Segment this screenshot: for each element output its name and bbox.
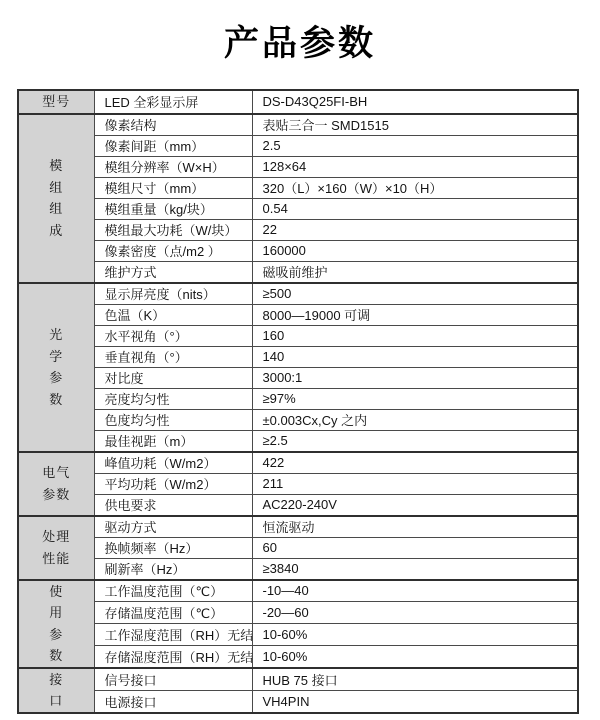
table-row: 垂直视角（°）140 <box>18 346 578 367</box>
group-label-cell: 型号 <box>18 90 94 114</box>
param-value-cell: 60 <box>252 537 578 558</box>
param-value-cell: -20—60 <box>252 602 578 624</box>
table-row: 工作湿度范围（RH）无结露10-60% <box>18 623 578 645</box>
param-value-cell: 磁吸前维护 <box>252 261 578 283</box>
param-value-cell: 8000—19000 可调 <box>252 304 578 325</box>
group-label-line: 参 <box>19 624 94 646</box>
param-name-cell: 像素间距（mm） <box>94 135 252 156</box>
group-label-line: 用 <box>19 602 94 624</box>
param-value-cell: ≥500 <box>252 283 578 305</box>
param-name-cell: 工作湿度范围（RH）无结露 <box>94 623 252 645</box>
param-name-cell: LED 全彩显示屏 <box>94 90 252 114</box>
table-row: 模组尺寸（mm）320（L）×160（W）×10（H） <box>18 177 578 198</box>
param-name-cell: 对比度 <box>94 367 252 388</box>
table-row: 模组分辨率（W×H）128×64 <box>18 156 578 177</box>
table-row: 亮度均匀性≥97% <box>18 388 578 409</box>
param-name-cell: 显示屏亮度（nits） <box>94 283 252 305</box>
table-row: 维护方式磁吸前维护 <box>18 261 578 283</box>
param-name-cell: 模组最大功耗（W/块） <box>94 219 252 240</box>
param-value-cell: 2.5 <box>252 135 578 156</box>
group-label-line: 组 <box>19 177 94 199</box>
param-name-cell: 垂直视角（°） <box>94 346 252 367</box>
group-label-cell: 光学参数 <box>18 283 94 452</box>
param-name-cell: 像素结构 <box>94 114 252 136</box>
param-value-cell: HUB 75 接口 <box>252 668 578 691</box>
table-row: 水平视角（°）160 <box>18 325 578 346</box>
param-name-cell: 存储温度范围（℃） <box>94 602 252 624</box>
param-name-cell: 色温（K） <box>94 304 252 325</box>
group-label-line: 数 <box>19 389 94 411</box>
spec-table: 型号LED 全彩显示屏DS-D43Q25FI-BH模组组成像素结构表贴三合一 S… <box>17 89 579 714</box>
param-name-cell: 刷新率（Hz） <box>94 558 252 580</box>
param-name-cell: 信号接口 <box>94 668 252 691</box>
param-name-cell: 维护方式 <box>94 261 252 283</box>
param-value-cell: -10—40 <box>252 580 578 602</box>
table-row: 电气参数峰值功耗（W/m2）422 <box>18 452 578 474</box>
param-name-cell: 平均功耗（W/m2） <box>94 473 252 494</box>
param-value-cell: 320（L）×160（W）×10（H） <box>252 177 578 198</box>
group-label-line: 接 <box>19 669 94 691</box>
group-label-line: 光 <box>19 324 94 346</box>
table-row: 接口信号接口HUB 75 接口 <box>18 668 578 691</box>
param-value-cell: 22 <box>252 219 578 240</box>
param-name-cell: 工作温度范围（℃） <box>94 580 252 602</box>
table-row: 供电要求AC220-240V <box>18 494 578 516</box>
group-label-line: 成 <box>19 220 94 242</box>
group-label-cell: 模组组成 <box>18 114 94 283</box>
param-value-cell: 211 <box>252 473 578 494</box>
param-name-cell: 存储湿度范围（RH）无结露 <box>94 645 252 667</box>
param-name-cell: 像素密度（点/m2 ） <box>94 240 252 261</box>
table-row: 平均功耗（W/m2）211 <box>18 473 578 494</box>
group-label-line: 数 <box>19 645 94 667</box>
param-value-cell: 10-60% <box>252 623 578 645</box>
table-row: 模组最大功耗（W/块）22 <box>18 219 578 240</box>
param-value-cell: 3000:1 <box>252 367 578 388</box>
table-row: 型号LED 全彩显示屏DS-D43Q25FI-BH <box>18 90 578 114</box>
param-value-cell: 表贴三合一 SMD1515 <box>252 114 578 136</box>
table-row: 最佳视距（m）≥2.5 <box>18 430 578 452</box>
table-row: 光学参数显示屏亮度（nits）≥500 <box>18 283 578 305</box>
table-row: 使用参数工作温度范围（℃）-10—40 <box>18 580 578 602</box>
param-value-cell: ≥2.5 <box>252 430 578 452</box>
group-label-line: 模 <box>19 155 94 177</box>
group-label-line: 参数 <box>19 484 94 506</box>
page-title: 产品参数 <box>0 16 600 66</box>
param-value-cell: ≥97% <box>252 388 578 409</box>
group-label-cell: 接口 <box>18 668 94 713</box>
group-label-line: 电气 <box>19 462 94 484</box>
table-row: 存储湿度范围（RH）无结露10-60% <box>18 645 578 667</box>
table-row: 换帧频率（Hz）60 <box>18 537 578 558</box>
spec-table-body: 型号LED 全彩显示屏DS-D43Q25FI-BH模组组成像素结构表贴三合一 S… <box>18 90 578 713</box>
param-value-cell: 422 <box>252 452 578 474</box>
product-spec-page: 产品参数 型号LED 全彩显示屏DS-D43Q25FI-BH模组组成像素结构表贴… <box>0 0 600 720</box>
param-name-cell: 峰值功耗（W/m2） <box>94 452 252 474</box>
param-name-cell: 模组重量（kg/块） <box>94 198 252 219</box>
table-row: 色度均匀性±0.003Cx,Cy 之内 <box>18 409 578 430</box>
group-label-line: 口 <box>19 690 94 712</box>
param-value-cell: 0.54 <box>252 198 578 219</box>
group-label-line: 性能 <box>19 548 94 570</box>
param-name-cell: 最佳视距（m） <box>94 430 252 452</box>
param-value-cell: 恒流驱动 <box>252 516 578 538</box>
table-row: 对比度3000:1 <box>18 367 578 388</box>
group-label-line: 参 <box>19 367 94 389</box>
group-label-line: 组 <box>19 198 94 220</box>
param-value-cell: ≥3840 <box>252 558 578 580</box>
param-value-cell: ±0.003Cx,Cy 之内 <box>252 409 578 430</box>
param-name-cell: 色度均匀性 <box>94 409 252 430</box>
table-row: 刷新率（Hz）≥3840 <box>18 558 578 580</box>
param-name-cell: 亮度均匀性 <box>94 388 252 409</box>
param-name-cell: 驱动方式 <box>94 516 252 538</box>
table-row: 存储温度范围（℃）-20—60 <box>18 602 578 624</box>
table-row: 模组组成像素结构表贴三合一 SMD1515 <box>18 114 578 136</box>
param-value-cell: 128×64 <box>252 156 578 177</box>
table-row: 电源接口VH4PIN <box>18 690 578 713</box>
group-label-line: 学 <box>19 346 94 368</box>
group-label-line: 使 <box>19 581 94 603</box>
table-row: 色温（K）8000—19000 可调 <box>18 304 578 325</box>
param-value-cell: 160000 <box>252 240 578 261</box>
param-name-cell: 电源接口 <box>94 690 252 713</box>
param-value-cell: 10-60% <box>252 645 578 667</box>
param-name-cell: 水平视角（°） <box>94 325 252 346</box>
param-value-cell: DS-D43Q25FI-BH <box>252 90 578 114</box>
param-name-cell: 模组尺寸（mm） <box>94 177 252 198</box>
param-value-cell: 140 <box>252 346 578 367</box>
group-label-line: 型号 <box>19 91 94 113</box>
table-row: 模组重量（kg/块）0.54 <box>18 198 578 219</box>
group-label-cell: 电气参数 <box>18 452 94 516</box>
table-row: 处理性能驱动方式恒流驱动 <box>18 516 578 538</box>
param-value-cell: AC220-240V <box>252 494 578 516</box>
param-value-cell: VH4PIN <box>252 690 578 713</box>
param-name-cell: 供电要求 <box>94 494 252 516</box>
group-label-line: 处理 <box>19 526 94 548</box>
table-row: 像素间距（mm）2.5 <box>18 135 578 156</box>
table-row: 像素密度（点/m2 ）160000 <box>18 240 578 261</box>
param-name-cell: 模组分辨率（W×H） <box>94 156 252 177</box>
group-label-cell: 处理性能 <box>18 516 94 580</box>
param-value-cell: 160 <box>252 325 578 346</box>
param-name-cell: 换帧频率（Hz） <box>94 537 252 558</box>
group-label-cell: 使用参数 <box>18 580 94 668</box>
